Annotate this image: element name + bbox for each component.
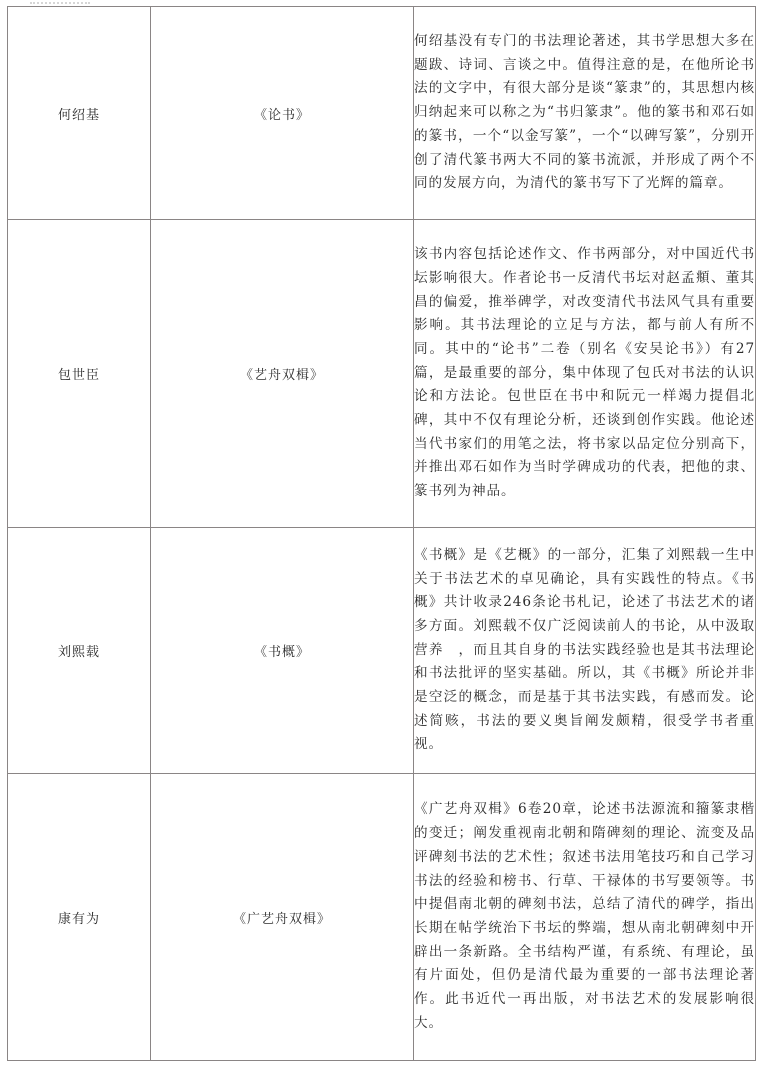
description-cell: 《书概》是《艺概》的一部分，汇集了刘熙载一生中关于书法艺术的卓见确论，具有实践性… [414, 528, 756, 774]
calligraphy-works-table: 何绍基 《论书》 何绍基没有专门的书法理论著述，其书学思想大多在题跋、诗词、言谈… [7, 6, 756, 1061]
work-title-cell: 《艺舟双楫》 [151, 220, 414, 528]
cropped-heading-fragment [30, 0, 90, 4]
description-cell: 何绍基没有专门的书法理论著述，其书学思想大多在题跋、诗词、言谈之中。值得注意的是… [414, 7, 756, 220]
author-cell: 何绍基 [8, 7, 151, 220]
table-row: 刘熙载 《书概》 《书概》是《艺概》的一部分，汇集了刘熙载一生中关于书法艺术的卓… [8, 528, 756, 774]
description-text: 《广艺舟双楫》6卷20章，论述书法源流和籀篆隶楷的变迁；阐发重视南北朝和隋碑刻的… [414, 798, 755, 1035]
description-text: 《书概》是《艺概》的一部分，汇集了刘熙载一生中关于书法艺术的卓见确论，具有实践性… [414, 544, 755, 757]
table-row: 康有为 《广艺舟双楫》 《广艺舟双楫》6卷20章，论述书法源流和籀篆隶楷的变迁；… [8, 774, 756, 1061]
author-cell: 刘熙载 [8, 528, 151, 774]
author-cell: 包世臣 [8, 220, 151, 528]
table-row: 包世臣 《艺舟双楫》 该书内容包括论述作文、作书两部分，对中国近代书坛影响很大。… [8, 220, 756, 528]
description-cell: 该书内容包括论述作文、作书两部分，对中国近代书坛影响很大。作者论书一反清代书坛对… [414, 220, 756, 528]
description-cell: 《广艺舟双楫》6卷20章，论述书法源流和籀篆隶楷的变迁；阐发重视南北朝和隋碑刻的… [414, 774, 756, 1061]
description-text: 何绍基没有专门的书法理论著述，其书学思想大多在题跋、诗词、言谈之中。值得注意的是… [414, 30, 755, 196]
table-row: 何绍基 《论书》 何绍基没有专门的书法理论著述，其书学思想大多在题跋、诗词、言谈… [8, 7, 756, 220]
work-title-cell: 《书概》 [151, 528, 414, 774]
author-cell: 康有为 [8, 774, 151, 1061]
work-title-cell: 《论书》 [151, 7, 414, 220]
description-text: 该书内容包括论述作文、作书两部分，对中国近代书坛影响很大。作者论书一反清代书坛对… [414, 243, 755, 504]
work-title-cell: 《广艺舟双楫》 [151, 774, 414, 1061]
